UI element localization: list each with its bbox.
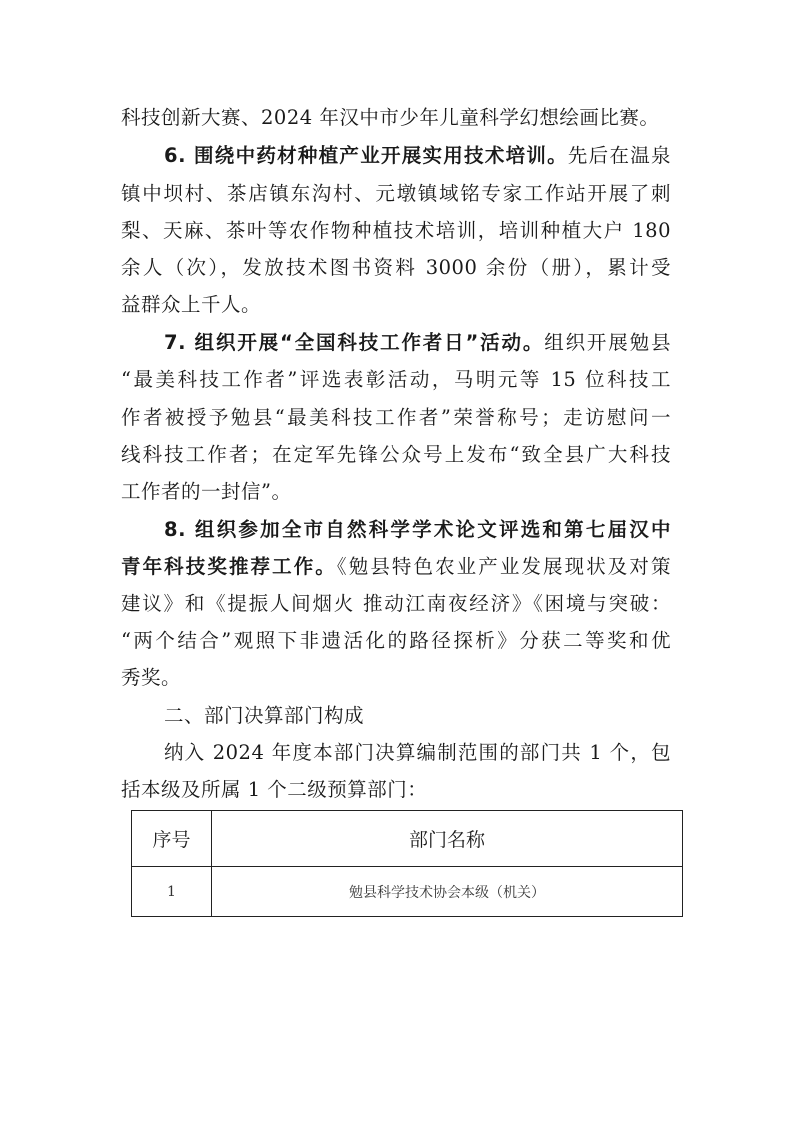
document-page: 科技创新大赛、2024 年汉中市少年儿童科学幻想绘画比赛。 6. 围绕中药材种植… bbox=[0, 0, 793, 1122]
paragraph-line: 工作者的一封信”。 bbox=[121, 477, 671, 507]
table-row: 1 勉县科学技术协会本级（机关） bbox=[132, 867, 683, 917]
paragraph-line: 建议》和《提振人间烟火 推动江南夜经济》《困境与突破： bbox=[121, 589, 671, 619]
cell-department-name: 勉县科学技术协会本级（机关） bbox=[212, 867, 683, 917]
item-6-heading-line: 6. 围绕中药材种植产业开展实用技术培训。先后在温泉 bbox=[164, 141, 671, 171]
item-8-second-line: 青年科技奖推荐工作。《勉县特色农业产业发展现状及对策 bbox=[121, 552, 671, 582]
item-7-title: 7. 组织开展“全国科技工作者日”活动。 bbox=[164, 331, 544, 354]
item-6-title: 6. 围绕中药材种植产业开展实用技术培训。 bbox=[164, 144, 568, 167]
item-7-heading-line: 7. 组织开展“全国科技工作者日”活动。组织开展勉县 bbox=[164, 328, 671, 358]
paragraph-line: 作者被授予勉县“最美科技工作者”荣誉称号；走访慰问一 bbox=[121, 403, 671, 433]
paragraph-line: 科技创新大赛、2024 年汉中市少年儿童科学幻想绘画比赛。 bbox=[121, 103, 671, 133]
department-table: 序号 部门名称 1 勉县科学技术协会本级（机关） bbox=[131, 810, 683, 917]
section-heading: 二、部门决算部门构成 bbox=[164, 701, 671, 731]
item-8-text: 《勉县特色农业产业发展现状及对策 bbox=[337, 555, 671, 578]
paragraph-line: 梨、天麻、茶叶等农作物种植技术培训，培训种植大户 180 bbox=[121, 216, 671, 246]
item-8-title-cont: 青年科技奖推荐工作。 bbox=[121, 555, 337, 578]
header-department-name: 部门名称 bbox=[212, 811, 683, 867]
paragraph-line: 益群众上千人。 bbox=[121, 290, 671, 320]
paragraph-line: “最美科技工作者”评选表彰活动，马明元等 15 位科技工 bbox=[121, 365, 671, 395]
section-intro-line: 括本级及所属 1 个二级预算部门： bbox=[121, 775, 671, 805]
item-8-title: 8. 组织参加全市自然科学学术论文评选和第七届汉中 bbox=[164, 515, 671, 545]
paragraph-line: 线科技工作者；在定军先锋公众号上发布“致全县广大科技 bbox=[121, 440, 671, 470]
paragraph-line: 秀奖。 bbox=[121, 663, 671, 693]
paragraph-line: “两个结合”观照下非遗活化的路径探析》分获二等奖和优 bbox=[121, 626, 671, 656]
item-7-text: 组织开展勉县 bbox=[544, 331, 671, 354]
item-6-text: 先后在温泉 bbox=[568, 144, 671, 167]
paragraph-line: 余人（次），发放技术图书资料 3000 余份（册），累计受 bbox=[121, 253, 671, 283]
header-serial-number: 序号 bbox=[132, 811, 212, 867]
cell-serial-number: 1 bbox=[132, 867, 212, 917]
section-intro-line: 纳入 2024 年度本部门决算编制范围的部门共 1 个，包 bbox=[164, 738, 671, 768]
table-header-row: 序号 部门名称 bbox=[132, 811, 683, 867]
paragraph-line: 镇中坝村、茶店镇东沟村、元墩镇域铭专家工作站开展了刺 bbox=[121, 179, 671, 209]
